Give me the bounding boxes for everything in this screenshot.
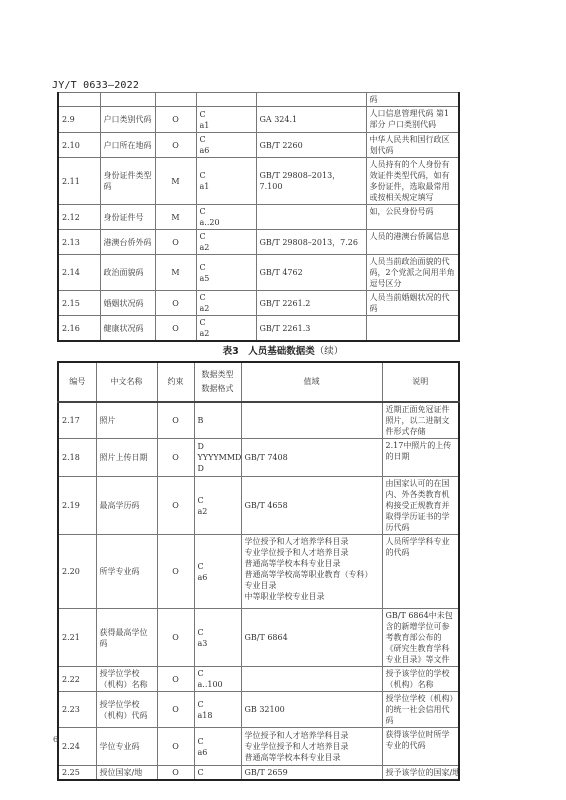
- row-domain: GB/T 2659: [241, 766, 382, 781]
- table-personnel-basic-data: 编号 中文名称 约束 数据类型数据格式 值域 说明 2.17 照片 O B 近期…: [57, 361, 460, 781]
- row-type: Ca2: [194, 477, 241, 535]
- row-domain: GB/T 29808–2013，7.100: [256, 158, 366, 205]
- row-constraint: M: [155, 255, 196, 291]
- row-name: 照片上传日期: [96, 439, 157, 477]
- header-constraint: 约束: [157, 362, 194, 402]
- row-name: 身份证件号: [100, 205, 155, 230]
- table-row: 2.25 授位国家/地 O C GB/T 2659 授予该学位的国家/地区的: [58, 766, 459, 781]
- row-domain: 学位授予和人才培养学科目录 专业学位授予和人才培养目录 普通高等学校本科专业目录: [241, 728, 382, 766]
- table-caption: 表3 人员基础数据类（续）: [0, 343, 566, 357]
- row-no: 2.16: [58, 316, 100, 342]
- row-name: 学位专业码: [96, 728, 157, 766]
- row-domain: GB/T 4658: [241, 477, 382, 535]
- row-type: Ca18: [194, 692, 241, 728]
- row-name: 港澳台侨外码: [100, 230, 155, 255]
- header-desc: 说明: [382, 362, 459, 402]
- row-desc: 近期正面免冠证件照片，以二进制文件形式存储: [382, 402, 459, 439]
- row-name: 健康状况码: [100, 316, 155, 342]
- row-domain: GB/T 2261.3: [256, 316, 366, 342]
- row-desc: 获得该学位时所学专业的代码: [382, 728, 459, 766]
- row-no: 2.18: [58, 439, 96, 477]
- row-no: 2.11: [58, 158, 100, 205]
- row-name: 户口类别代码: [100, 107, 155, 133]
- row-no: 2.19: [58, 477, 96, 535]
- table-row: 2.12 身份证件号 M Ca..20 如，公民身份号码: [58, 205, 459, 230]
- row-type: Ca5: [196, 255, 256, 291]
- row-constraint: O: [157, 766, 194, 781]
- row-constraint: O: [155, 107, 196, 133]
- row-no: 2.20: [58, 535, 96, 609]
- row-type: Ca1: [196, 107, 256, 133]
- table-row: 2.14 政治面貌码 M Ca5 GB/T 4762 人员当前政治面貌的代码，2…: [58, 255, 459, 291]
- row-constraint: O: [157, 439, 194, 477]
- row-constraint: O: [157, 535, 194, 609]
- table-row: 2.11 身份证件类型码 M Ca1 GB/T 29808–2013，7.100…: [58, 158, 459, 205]
- header-name: 中文名称: [96, 362, 157, 402]
- row-desc: 由国家认可的在国内、外各类教育机构接受正规教育并取得学历证书的学历代码: [382, 477, 459, 535]
- row-no: 2.21: [58, 609, 96, 667]
- table-row: 2.15 婚姻状况码 O Ca2 GB/T 2261.2 人员当前婚姻状况的代码: [58, 291, 459, 316]
- row-name: 授学位学校（机构）代码: [96, 692, 157, 728]
- row-desc: 人员当前婚姻状况的代码: [366, 291, 459, 316]
- row-type: Ca..20: [196, 205, 256, 230]
- row-type: Ca2: [196, 316, 256, 342]
- row-desc: 人员的港澳台侨属信息: [366, 230, 459, 255]
- row-constraint: O: [157, 667, 194, 692]
- table-row: 2.16 健康状况码 O Ca2 GB/T 2261.3: [58, 316, 459, 342]
- row-constraint: M: [155, 158, 196, 205]
- document-id: JY/T 0633—2022: [52, 80, 139, 91]
- table-row: 2.10 户口所在地码 O Ca6 GB/T 2260 中华人民共和国行政区划代…: [58, 133, 459, 158]
- desc-cell: 码: [366, 93, 459, 107]
- row-no: 2.24: [58, 728, 96, 766]
- row-constraint: O: [157, 728, 194, 766]
- table-row: 2.9 户口类别代码 O Ca1 GA 324.1 人口信息管理代码 第1部分 …: [58, 107, 459, 133]
- page-number: 6: [53, 735, 58, 744]
- row-constraint: O: [157, 609, 194, 667]
- row-name: 所学专业码: [96, 535, 157, 609]
- row-type: C: [194, 766, 241, 781]
- table-row: 2.17 照片 O B 近期正面免冠证件照片，以二进制文件形式存储: [58, 402, 459, 439]
- row-no: 2.15: [58, 291, 100, 316]
- row-desc: 人员当前政治面貌的代码，2个党派之间用半角逗号区分: [366, 255, 459, 291]
- row-domain: GB/T 4762: [256, 255, 366, 291]
- row-name: 身份证件类型码: [100, 158, 155, 205]
- table-row: 2.24 学位专业码 O Ca6 学位授予和人才培养学科目录 专业学位授予和人才…: [58, 728, 459, 766]
- row-name: 授学位学校（机构）名称: [96, 667, 157, 692]
- row-desc: 中华人民共和国行政区划代码: [366, 133, 459, 158]
- table-row: 2.22 授学位学校（机构）名称 O Ca..100 授予该学位的学校（机构）名…: [58, 667, 459, 692]
- row-desc: 2.17中照片的上传的日期: [382, 439, 459, 477]
- row-type: B: [194, 402, 241, 439]
- row-constraint: O: [157, 692, 194, 728]
- row-constraint: M: [155, 205, 196, 230]
- table-row-carry-over: 码: [58, 93, 459, 107]
- row-desc: 人员所学学科专业的代码: [382, 535, 459, 609]
- row-type: Ca2: [196, 230, 256, 255]
- row-domain: 学位授予和人才培养学科目录 专业学位授予和人才培养目录 普通高等学校本科专业目录…: [241, 535, 382, 609]
- row-domain: GB/T 29808–2013，7.26: [256, 230, 366, 255]
- row-no: 2.12: [58, 205, 100, 230]
- row-domain: GB 32100: [241, 692, 382, 728]
- header-no: 编号: [58, 362, 96, 402]
- row-no: 2.25: [58, 766, 96, 781]
- row-name: 授位国家/地: [96, 766, 157, 781]
- row-constraint: O: [157, 402, 194, 439]
- row-constraint: O: [155, 316, 196, 342]
- table-row: 2.23 授学位学校（机构）代码 O Ca18 GB 32100 授学位学校（机…: [58, 692, 459, 728]
- table-row: 2.19 最高学历码 O Ca2 GB/T 4658 由国家认可的在国内、外各类…: [58, 477, 459, 535]
- table-continued-top: 码 2.9 户口类别代码 O Ca1 GA 324.1 人口信息管理代码 第1部…: [57, 92, 460, 342]
- row-desc: 授予该学位的学校（机构）名称: [382, 667, 459, 692]
- row-name: 获得最高学位码: [96, 609, 157, 667]
- table-row: 2.18 照片上传日期 O DYYYYMMDD GB/T 7408 2.17中照…: [58, 439, 459, 477]
- row-no: 2.14: [58, 255, 100, 291]
- row-type: Ca6: [194, 535, 241, 609]
- row-constraint: O: [155, 133, 196, 158]
- row-type: Ca..100: [194, 667, 241, 692]
- row-domain: [256, 205, 366, 230]
- row-desc: 如，公民身份号码: [366, 205, 459, 230]
- row-no: 2.17: [58, 402, 96, 439]
- caption-continued: （续）: [315, 346, 344, 357]
- row-domain: GA 324.1: [256, 107, 366, 133]
- row-no: 2.23: [58, 692, 96, 728]
- row-type: Ca6: [194, 728, 241, 766]
- row-desc: 授学位学校（机构）的统一社会信用代码: [382, 692, 459, 728]
- table-row: 2.20 所学专业码 O Ca6 学位授予和人才培养学科目录 专业学位授予和人才…: [58, 535, 459, 609]
- row-name: 照片: [96, 402, 157, 439]
- row-name: 政治面貌码: [100, 255, 155, 291]
- table-row: 2.13 港澳台侨外码 O Ca2 GB/T 29808–2013，7.26 人…: [58, 230, 459, 255]
- caption-label: 表3 人员基础数据类: [223, 346, 315, 357]
- row-domain: GB/T 2260: [256, 133, 366, 158]
- header-domain: 值域: [241, 362, 382, 402]
- row-desc: 人口信息管理代码 第1部分 户口类别代码: [366, 107, 459, 133]
- row-domain: GB/T 6864: [241, 609, 382, 667]
- row-type: Ca3: [194, 609, 241, 667]
- row-name: 最高学历码: [96, 477, 157, 535]
- row-domain: GB/T 7408: [241, 439, 382, 477]
- row-no: 2.13: [58, 230, 100, 255]
- header-type: 数据类型数据格式: [194, 362, 241, 402]
- row-type: Ca2: [196, 291, 256, 316]
- row-desc: [366, 316, 459, 342]
- row-type: Ca6: [196, 133, 256, 158]
- row-no: 2.9: [58, 107, 100, 133]
- row-desc: 授予该学位的国家/地区的: [382, 766, 459, 781]
- row-name: 婚姻状况码: [100, 291, 155, 316]
- table-row: 2.21 获得最高学位码 O Ca3 GB/T 6864 GB/T 6864中未…: [58, 609, 459, 667]
- row-domain: [241, 667, 382, 692]
- row-desc: GB/T 6864中未包含的新增学位可参考教育部公布的《研究生教育学科专业目录》…: [382, 609, 459, 667]
- row-constraint: O: [155, 291, 196, 316]
- row-desc: 人员持有的个人身份有效证件类型代码，如有多份证件，选取最常用或按相关规定填写: [366, 158, 459, 205]
- row-no: 2.22: [58, 667, 96, 692]
- table-header-row: 编号 中文名称 约束 数据类型数据格式 值域 说明: [58, 362, 459, 402]
- row-type: Ca1: [196, 158, 256, 205]
- row-no: 2.10: [58, 133, 100, 158]
- row-name: 户口所在地码: [100, 133, 155, 158]
- row-domain: GB/T 2261.2: [256, 291, 366, 316]
- row-domain: [241, 402, 382, 439]
- row-constraint: O: [157, 477, 194, 535]
- row-type: DYYYYMMDD: [194, 439, 241, 477]
- row-constraint: O: [155, 230, 196, 255]
